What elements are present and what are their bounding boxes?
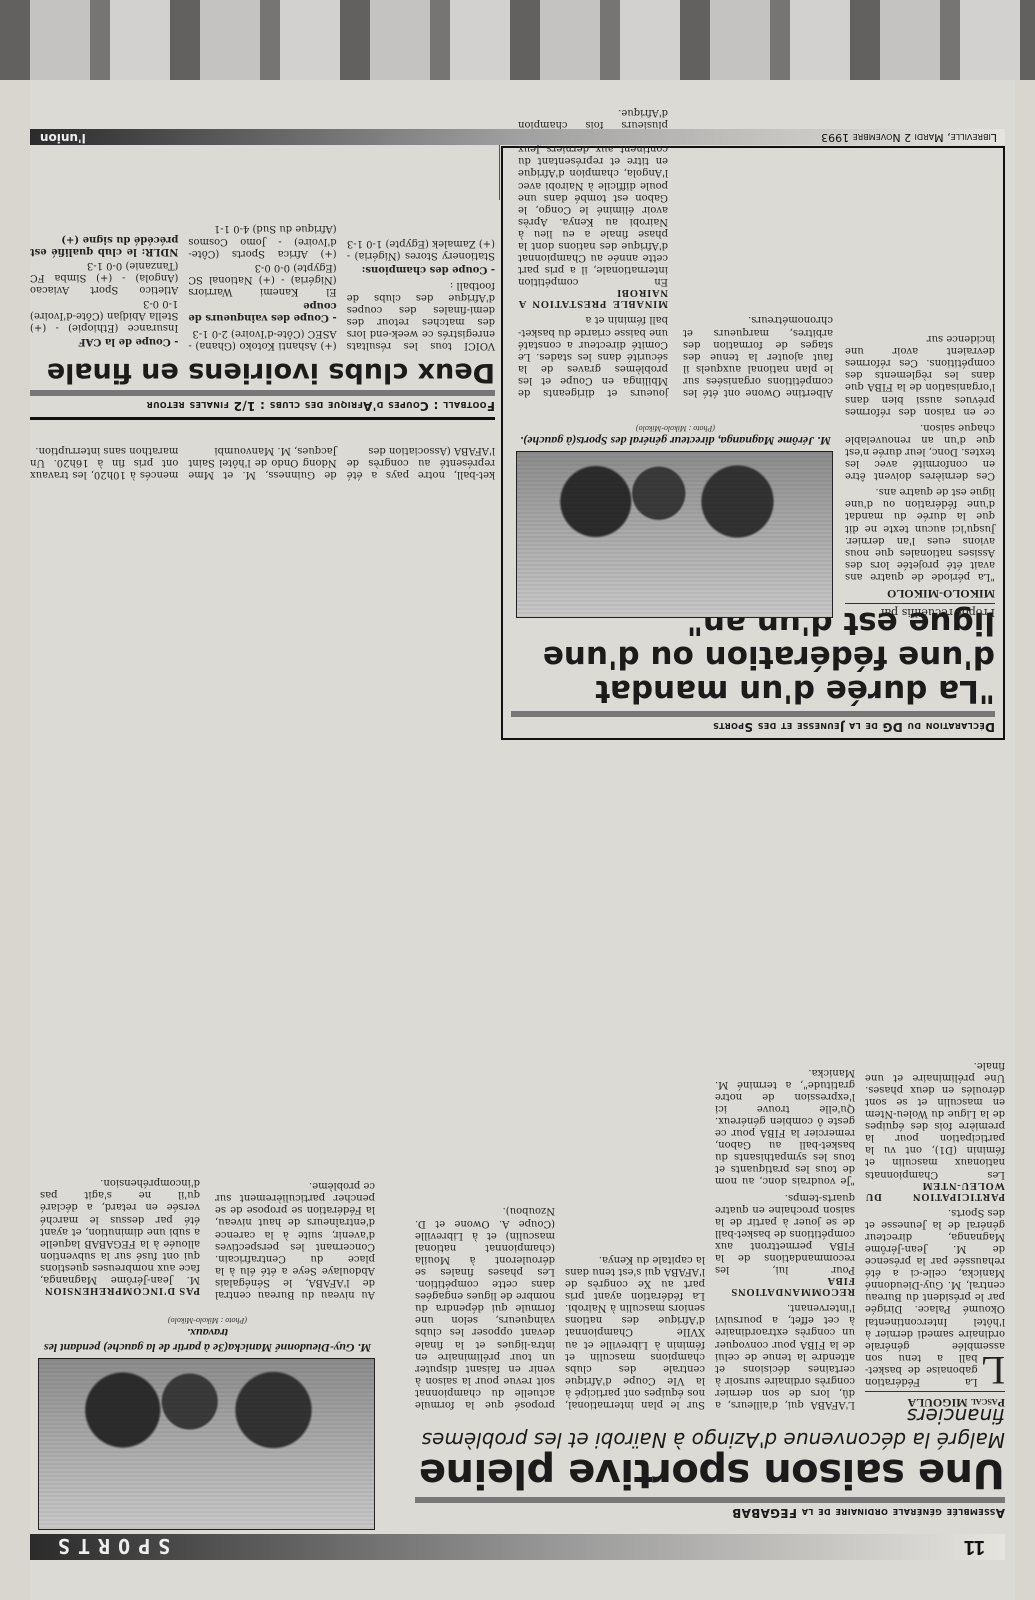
interview-kicker-rule xyxy=(511,711,995,717)
newspaper-sheet: 11 SPORTS Assemblée générale ordinaire d… xyxy=(30,80,1015,1600)
interview-lead: "La période de quatre ans avait été proj… xyxy=(845,485,995,582)
match-result: Insurance (Ethiopie) - (+) Stella Abidja… xyxy=(30,297,178,333)
football-headline: Deux clubs ivoiriens en finale xyxy=(30,357,495,387)
ndlr-note: NDLR: le club qualifié est précédé du si… xyxy=(30,232,178,256)
main-photo-credit: (Photo : Mikolo-Mikolo) xyxy=(40,1316,375,1325)
football-intro: VOICI tous les résultats enregistrés ce … xyxy=(347,280,495,351)
interview-box: Déclaration du DG de la Jeunesse et des … xyxy=(501,146,1005,740)
thanks-snippet: de Guinness, M. et Mme Ndong Ondo de l'h… xyxy=(188,444,336,480)
bureau-note: Au niveau du Bureau central de l'AFABA, … xyxy=(215,1180,375,1300)
interview-credit-label: Propos recueillis par xyxy=(845,606,995,618)
football-col-3: - Coupe de la CAF Insurance (Ethiopie) -… xyxy=(30,220,178,351)
match-result: (+) Ashanti Kotoko (Ghana) - ASEC (Côte-… xyxy=(188,327,336,351)
football-article: Football : Coupes d'Afrique des clubs : … xyxy=(30,220,495,420)
interview-headline: "La durée d'un mandat d'une fédération o… xyxy=(511,606,995,708)
interview-paragraph: ce en raison des réformes prévues aussi … xyxy=(845,332,995,417)
result-group-champions: - Coupe des champions: Stationery Stores… xyxy=(347,236,495,274)
intertitle-incomprehension: PAS D'INCOMPREHENSION xyxy=(40,1285,200,1296)
section-name: SPORTS xyxy=(50,1534,170,1558)
main-article-col-1: Pascal MIGOULA L La Fédération gabonaise… xyxy=(865,1059,1005,1410)
main-article-col-5: Au niveau du Bureau central de l'AFABA, … xyxy=(215,1179,375,1300)
interview-credit-name: MIKOLO-MIKOLO xyxy=(845,586,995,601)
intertitle-incomprehension-lead: M. Jean-Jérôme Magnanga, face aux nombre… xyxy=(40,1176,200,1285)
intertitle-fiba: RECOMMANDATIONS FIBA xyxy=(715,1275,855,1297)
kicker-rule xyxy=(415,1497,1005,1503)
football-spillover: ket-ball, notre pays a été représenté au… xyxy=(30,444,495,480)
main-article-paragraph: proposé que la formule actuelle du champ… xyxy=(415,1206,555,1411)
cup-title: - Coupe des vainqueurs de coupe xyxy=(188,299,336,323)
main-article-header: Assemblée générale ordinaire de la FEGAB… xyxy=(415,1404,1005,1520)
footer-dateline: Libreville, Mardi 2 Novembre 1993 xyxy=(821,131,997,144)
match-result: Stationery Stores (Nigéria) - (+) Zamale… xyxy=(347,236,495,260)
football-col-1: VOICI tous les résultats enregistrés ce … xyxy=(347,220,495,351)
main-article-col-3: Sur le plan international, nos équipes o… xyxy=(565,1253,705,1410)
interview-kicker: Déclaration du DG de la Jeunesse et des … xyxy=(511,720,995,734)
interview-col-3: joueurs et dirigeants de Mbilinga en Cou… xyxy=(518,106,668,398)
section-header-bar: 11 SPORTS xyxy=(30,1534,1005,1560)
main-article-subhead: Malgré la déconvenue d'Azingo à Naïrobi … xyxy=(415,1404,1005,1452)
interview-photo-credit: (Photo : Mikolo-Mikolo) xyxy=(518,424,833,433)
main-photo-caption: M. Guy-Dieudonné Manicka(3e à partir de … xyxy=(40,1325,375,1355)
credit-rule xyxy=(845,603,995,604)
main-article-paragraph: Sur le plan international, nos équipes o… xyxy=(565,1254,705,1410)
manicka-quote: "Je voudrais donc, au nom de tous les pr… xyxy=(715,1066,855,1187)
interview-paragraph: Ces dernières doivent être en conformité… xyxy=(845,421,995,481)
football-kicker: Football : Coupes d'Afrique des clubs : … xyxy=(30,399,495,413)
match-result: Atletico Sport Aviacao (Angola) - (+) Si… xyxy=(30,259,178,295)
intertitle-woleu-lead: Les Championnats nationaux masculin et f… xyxy=(865,1059,1005,1180)
main-article-headline: Une saison sportive pleine xyxy=(415,1452,1005,1494)
main-article-byline: Pascal MIGOULA xyxy=(865,1395,1005,1410)
main-article-kicker: Assemblée générale ordinaire de la FEGAB… xyxy=(415,1506,1005,1520)
intertitle-fiba-lead: Pour lui, les recommandations de la FIBA… xyxy=(715,1191,855,1276)
main-photo-caption-block: M. Guy-Dieudonné Manicka(3e à partir de … xyxy=(40,1316,375,1355)
page-number: 11 xyxy=(964,1535,985,1558)
main-article-photo xyxy=(38,1358,375,1530)
interview-col-1: Propos recueillis par MIKOLO-MIKOLO "La … xyxy=(845,328,995,618)
interview-paragraph: Albertine Owone ont été les compétitions… xyxy=(683,313,833,398)
column-divider xyxy=(499,145,500,200)
afaba-snippet: ket-ball, notre pays a été représenté au… xyxy=(347,444,495,480)
main-article-col-6: PAS D'INCOMPREHENSION M. Jean-Jérôme Mag… xyxy=(40,1176,200,1300)
football-columns: VOICI tous les résultats enregistrés ce … xyxy=(30,220,495,351)
football-top-rule xyxy=(30,417,495,420)
match-result: El Kanemi Warriors (Nigéria) - (+) Natio… xyxy=(188,261,336,297)
football-col-2: (+) Ashanti Kotoko (Ghana) - ASEC (Côte-… xyxy=(188,220,336,351)
interview-photo xyxy=(516,451,833,618)
cup-title: - Coupe des champions: xyxy=(347,263,495,275)
cup-title: - Coupe de la CAF xyxy=(30,335,178,347)
closing-snippet: mencés à 10h20, les travaux ont pris fin… xyxy=(30,444,178,480)
main-article-col-2: L'AFABA qui, d'ailleurs, a dû, lors de s… xyxy=(715,1066,855,1410)
football-kicker-rule xyxy=(30,390,495,396)
interview-header: Déclaration du DG de la Jeunesse et des … xyxy=(503,602,1003,738)
intertitle-minable: MINABLE PRESTATION A NAIROBI xyxy=(518,287,668,309)
interview-photo-caption-block: M. Jérôme Magnanga, directeur général de… xyxy=(518,424,833,448)
intertitle-woleu: PARTICIPATION DU WOLEU-NTEM xyxy=(865,1180,1005,1202)
interview-paragraph: joueurs et dirigeants de Mbilinga en Cou… xyxy=(518,313,668,398)
newspaper-page-rotated: 11 SPORTS Assemblée générale ordinaire d… xyxy=(0,0,1035,1600)
main-article-col-4: proposé que la formule actuelle du champ… xyxy=(415,1204,555,1410)
interview-col-2: Albertine Owone ont été les compétitions… xyxy=(683,313,833,398)
interview-photo-caption: M. Jérôme Magnanga, directeur général de… xyxy=(518,433,833,448)
main-article-paragraph: L'AFABA qui, d'ailleurs, a dû, lors de s… xyxy=(715,1302,855,1410)
drop-cap: L xyxy=(978,1353,1005,1387)
footer-bar: Libreville, Mardi 2 Novembre 1993 l'unio… xyxy=(30,129,1005,145)
match-result: (+) Africa Sports (Côte-d'Ivoire) - Jomo… xyxy=(188,222,336,258)
newspaper-name: l'union xyxy=(40,131,86,145)
